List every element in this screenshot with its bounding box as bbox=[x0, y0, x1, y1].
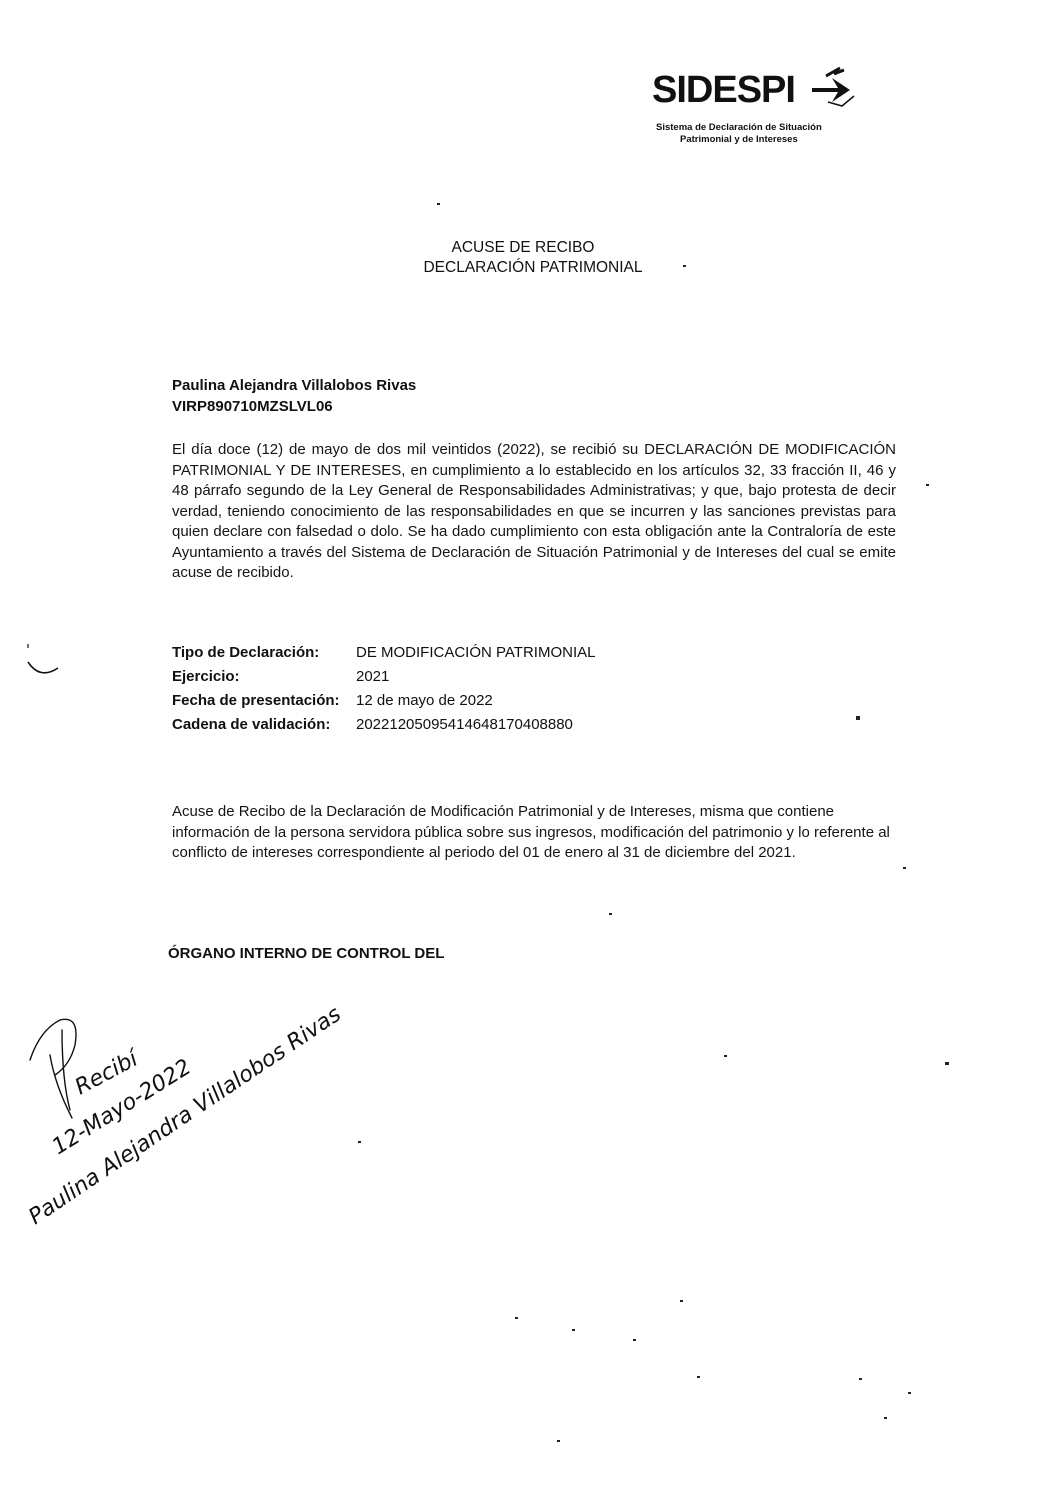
detail-row-date: Fecha de presentación: 12 de mayo de 202… bbox=[172, 692, 595, 716]
detail-row-type: Tipo de Declaración: DE MODIFICACIÓN PAT… bbox=[172, 644, 595, 668]
logo-subtitle-line1: Sistema de Declaración de Situación bbox=[656, 122, 822, 134]
detail-label: Cadena de validación: bbox=[172, 716, 356, 740]
detail-value: DE MODIFICACIÓN PATRIMONIAL bbox=[356, 644, 595, 668]
issuing-organ: ÓRGANO INTERNO DE CONTROL DEL bbox=[168, 945, 444, 962]
detail-value: 20221205095414648170408880 bbox=[356, 716, 573, 740]
scan-mark bbox=[20, 640, 70, 680]
svg-text:Paulina Alejandra Villalobos R: Paulina Alejandra Villalobos Rivas bbox=[24, 1002, 345, 1230]
detail-label: Tipo de Declaración: bbox=[172, 644, 356, 668]
arrow-icon bbox=[810, 66, 860, 116]
logo-subtitle-line2: Patrimonial y de Intereses bbox=[680, 134, 798, 146]
detail-value: 12 de mayo de 2022 bbox=[356, 692, 493, 716]
document-page: SIDESPI Sistema de Declaración de Situac… bbox=[0, 0, 1058, 1495]
document-title: ACUSE DE RECIBO bbox=[0, 239, 1052, 257]
detail-value: 2021 bbox=[356, 668, 389, 692]
scope-paragraph: Acuse de Recibo de la Declaración de Mod… bbox=[172, 802, 902, 864]
receipt-paragraph: El día doce (12) de mayo de dos mil vein… bbox=[172, 440, 896, 584]
detail-row-validation: Cadena de validación: 202212050954146481… bbox=[172, 716, 595, 740]
detail-row-year: Ejercicio: 2021 bbox=[172, 668, 595, 692]
declaration-details: Tipo de Declaración: DE MODIFICACIÓN PAT… bbox=[172, 644, 595, 740]
handwritten-signature: Recibí 12-Mayo-2022 Paulina Alejandra Vi… bbox=[0, 1000, 380, 1240]
declarant-rfc: VIRP890710MZSLVL06 bbox=[172, 398, 333, 415]
sidespi-logo: SIDESPI Sistema de Declaración de Situac… bbox=[652, 70, 872, 110]
document-subtitle: DECLARACIÓN PATRIMONIAL bbox=[4, 259, 1058, 277]
detail-label: Ejercicio: bbox=[172, 668, 356, 692]
detail-label: Fecha de presentación: bbox=[172, 692, 356, 716]
logo-wordmark: SIDESPI bbox=[652, 70, 795, 110]
declarant-name: Paulina Alejandra Villalobos Rivas bbox=[172, 377, 416, 394]
